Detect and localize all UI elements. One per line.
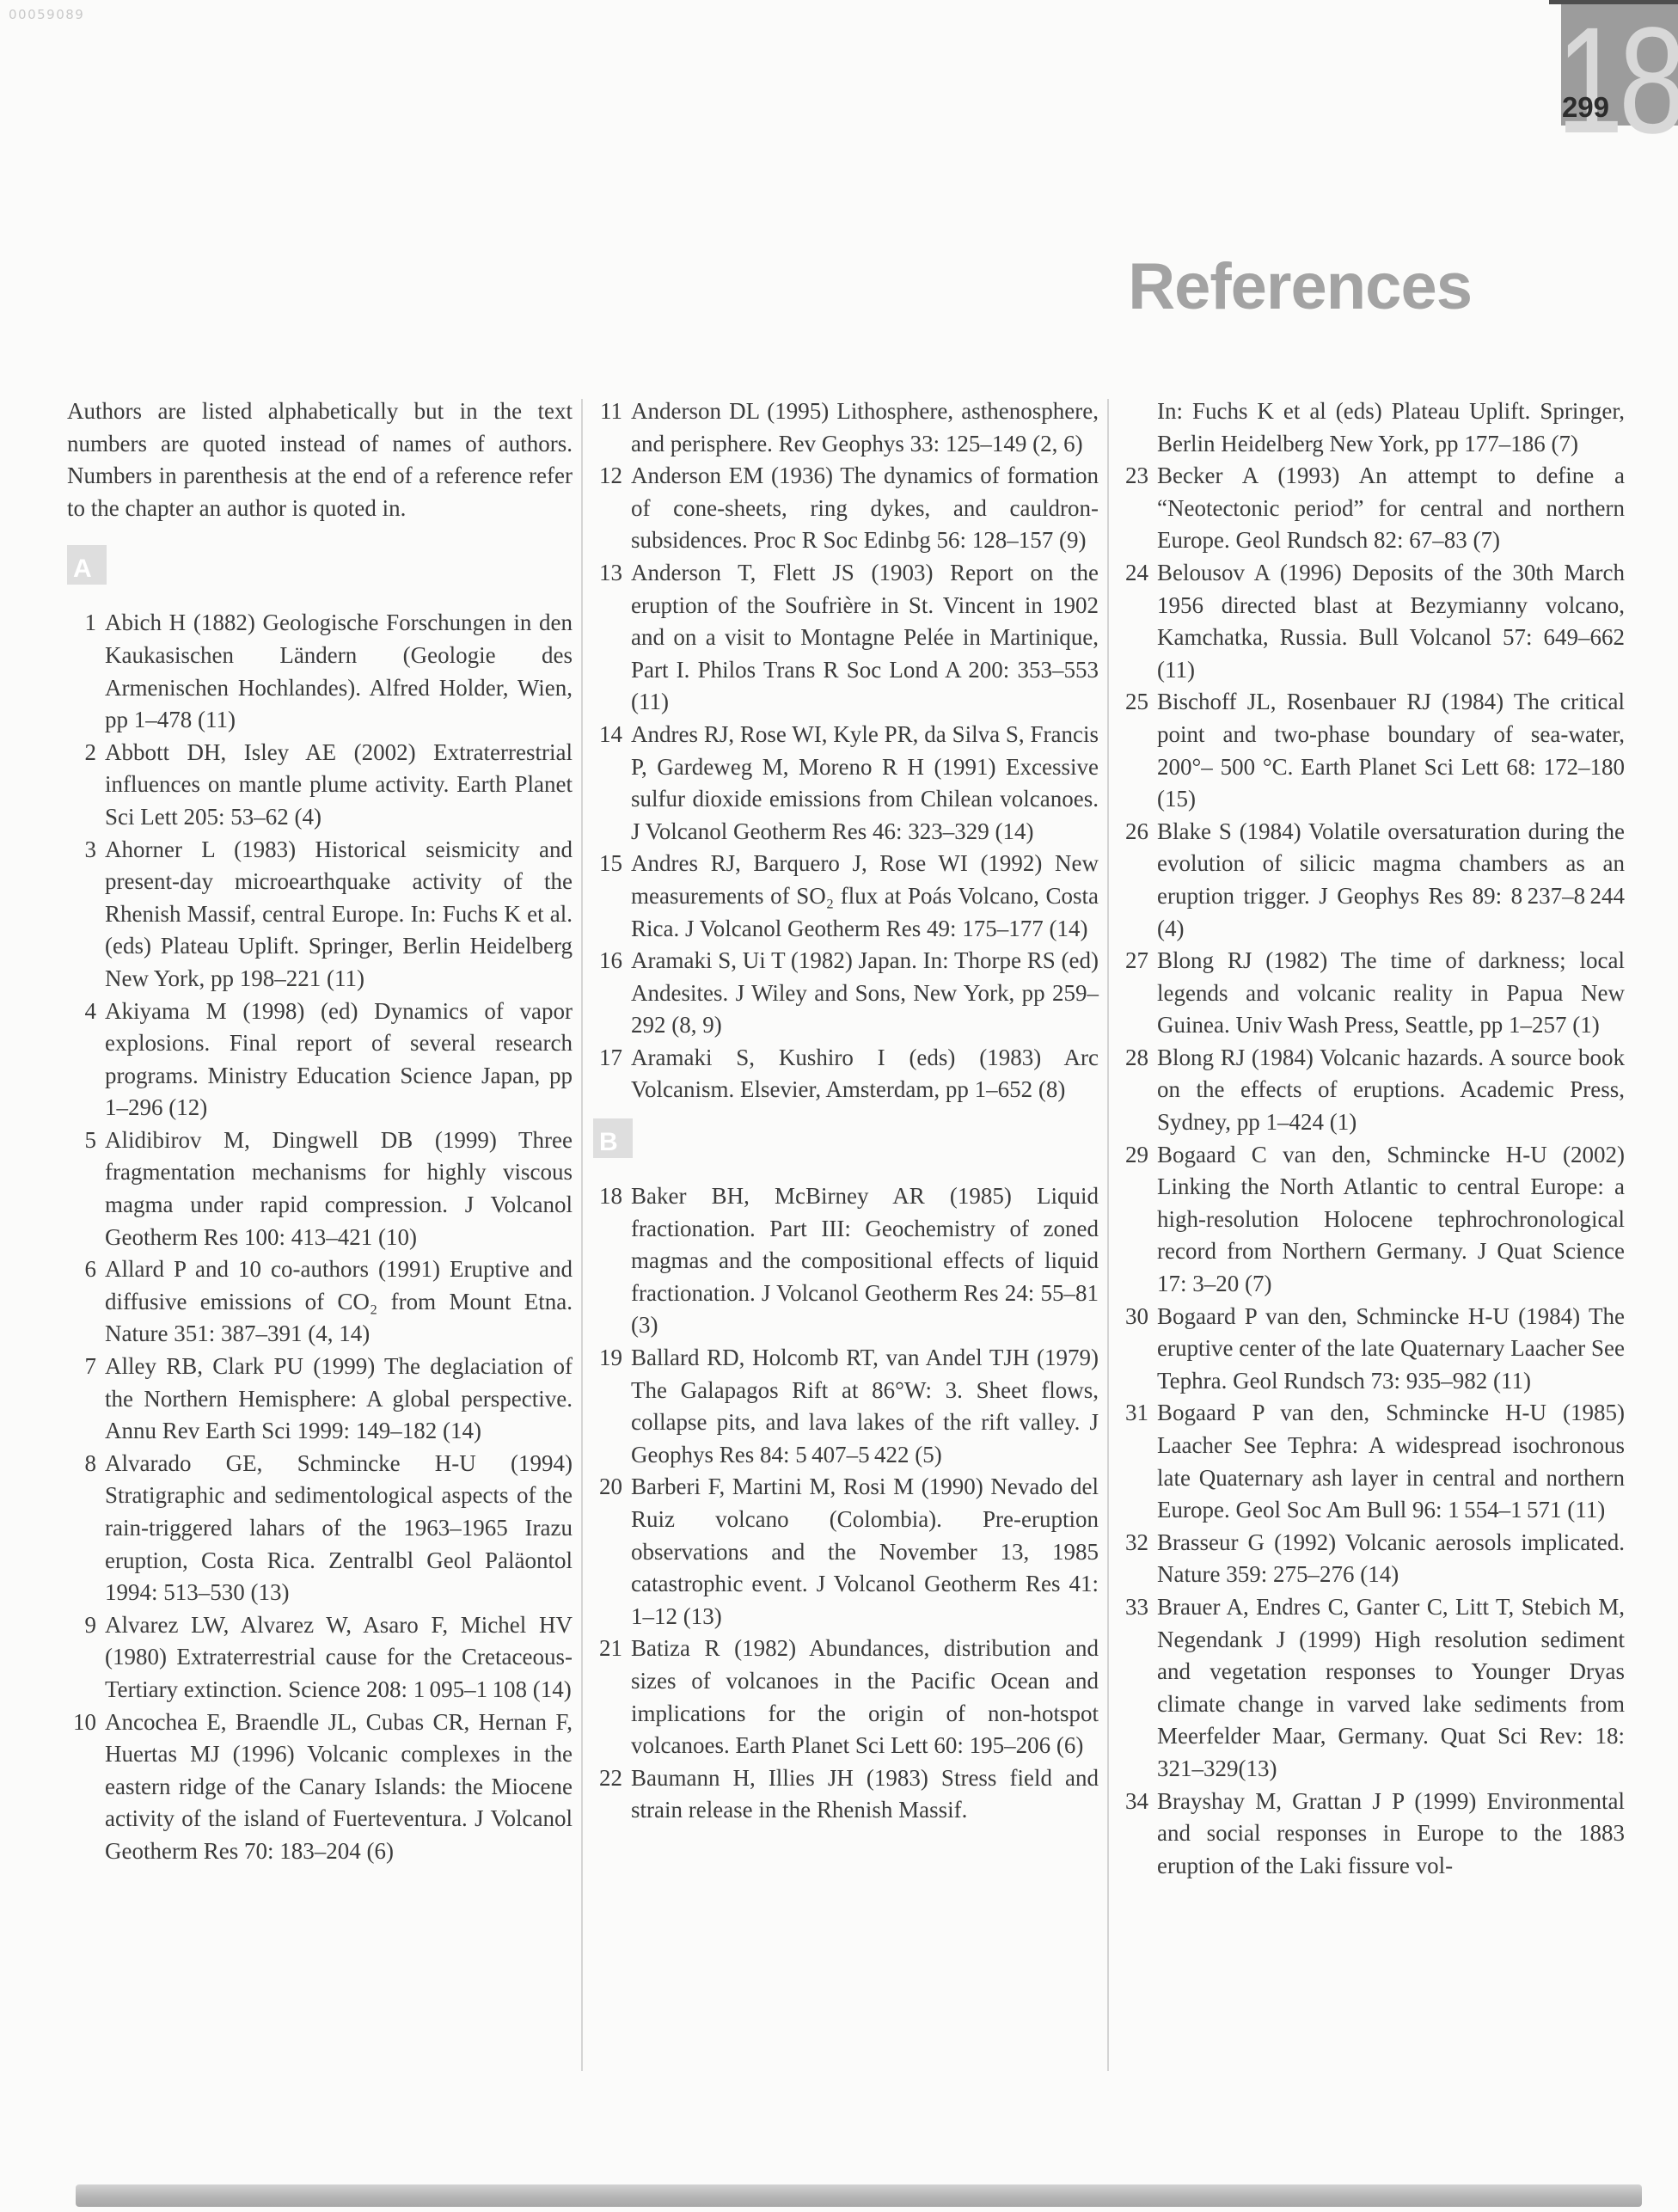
reference-number: 27 xyxy=(1119,945,1157,1042)
section-heading-a: A xyxy=(67,545,107,585)
reference-item: 32 Brasseur G (1992) Volcanic aerosols i… xyxy=(1119,1527,1625,1591)
reference-item: 22 Baumann H, Illies JH (1983) Stress fi… xyxy=(593,1762,1099,1827)
reference-item: 28 Blong RJ (1984) Volcanic hazards. A s… xyxy=(1119,1042,1625,1139)
reference-text: Akiyama M (1998) (ed) Dynamics of vapor … xyxy=(105,996,573,1124)
reference-list-a-continued: 11 Anderson DL (1995) Lithosphere, asthe… xyxy=(593,395,1099,1106)
reference-item: 19 Ballard RD, Holcomb RT, van Andel TJH… xyxy=(593,1342,1099,1471)
reference-list-a: 1 Abich H (1882) Geologische Forschungen… xyxy=(67,607,573,1867)
reference-text: Brayshay M, Grattan J P (1999) Environme… xyxy=(1157,1786,1625,1883)
reference-item: 3 Ahorner L (1983) Historical seismicity… xyxy=(67,834,573,996)
reference-item: 31 Bogaard P van den, Schmincke H-U (198… xyxy=(1119,1397,1625,1526)
reference-number: 3 xyxy=(67,834,105,996)
reference-number: 31 xyxy=(1119,1397,1157,1526)
reference-number: 13 xyxy=(593,557,631,719)
reference-text: Becker A (1993) An attempt to define a “… xyxy=(1157,460,1625,557)
section-heading-b: B xyxy=(593,1118,633,1158)
column-3: In: Fuchs K et al (eds) Plateau Uplift. … xyxy=(1119,395,1625,1882)
reference-number: 2 xyxy=(67,737,105,834)
reference-item: 29 Bogaard C van den, Schmincke H-U (200… xyxy=(1119,1139,1625,1301)
reference-number: 24 xyxy=(1119,557,1157,686)
reference-number: 9 xyxy=(67,1609,105,1706)
scan-number: 00059089 xyxy=(9,7,84,22)
intro-paragraph: Authors are listed alphabetically but in… xyxy=(67,395,573,524)
reference-item: 11 Anderson DL (1995) Lithosphere, asthe… xyxy=(593,395,1099,460)
reference-number: 25 xyxy=(1119,686,1157,815)
reference-item: 25 Bischoff JL, Rosenbauer RJ (1984) The… xyxy=(1119,686,1625,815)
reference-number: 7 xyxy=(67,1351,105,1448)
reference-item: 26 Blake S (1984) Volatile oversaturatio… xyxy=(1119,816,1625,945)
reference-number: 16 xyxy=(593,945,631,1042)
reference-text: Anderson DL (1995) Lithosphere, asthenos… xyxy=(631,395,1099,460)
reference-number: 1 xyxy=(67,607,105,736)
reference-number: 10 xyxy=(67,1706,105,1868)
reference-number: 20 xyxy=(593,1471,631,1633)
reference-text: Baumann H, Illies JH (1983) Stress field… xyxy=(631,1762,1099,1827)
reference-list-b-continued: In: Fuchs K et al (eds) Plateau Uplift. … xyxy=(1119,395,1625,1882)
column-2: 11 Anderson DL (1995) Lithosphere, asthe… xyxy=(593,395,1099,1882)
reference-item: 15 Andres RJ, Barquero J, Rose WI (1992)… xyxy=(593,848,1099,945)
reference-item: 9 Alvarez LW, Alvarez W, Asaro F, Michel… xyxy=(67,1609,573,1706)
reference-text: Abich H (1882) Geologische Forschungen i… xyxy=(105,607,573,736)
page-title: References xyxy=(1128,249,1472,324)
bottom-scan-artifact xyxy=(76,2184,1642,2207)
column-1: Authors are listed alphabetically but in… xyxy=(67,395,573,1882)
reference-item: 13 Anderson T, Flett JS (1903) Report on… xyxy=(593,557,1099,719)
reference-number: 33 xyxy=(1119,1591,1157,1786)
reference-item: 16 Aramaki S, Ui T (1982) Japan. In: Tho… xyxy=(593,945,1099,1042)
reference-item: 30 Bogaard P van den, Schmincke H-U (198… xyxy=(1119,1301,1625,1398)
reference-text: Anderson EM (1936) The dynamics of forma… xyxy=(631,460,1099,557)
reference-number xyxy=(1119,395,1157,460)
reference-item: 4 Akiyama M (1998) (ed) Dynamics of vapo… xyxy=(67,996,573,1124)
reference-number: 11 xyxy=(593,395,631,460)
reference-number: 6 xyxy=(67,1253,105,1351)
reference-item: 34 Brayshay M, Grattan J P (1999) Enviro… xyxy=(1119,1786,1625,1883)
reference-text: Alidibirov M, Dingwell DB (1999) Three f… xyxy=(105,1124,573,1253)
reference-number: 22 xyxy=(593,1762,631,1827)
reference-item: 23 Becker A (1993) An attempt to define … xyxy=(1119,460,1625,557)
reference-number: 19 xyxy=(593,1342,631,1471)
reference-text: Bogaard P van den, Schmincke H-U (1984) … xyxy=(1157,1301,1625,1398)
reference-item: 20 Barberi F, Martini M, Rosi M (1990) N… xyxy=(593,1471,1099,1633)
reference-item: 7 Alley RB, Clark PU (1999) The deglacia… xyxy=(67,1351,573,1448)
reference-text: Andres RJ, Barquero J, Rose WI (1992) Ne… xyxy=(631,848,1099,945)
reference-item: 12 Anderson EM (1936) The dynamics of fo… xyxy=(593,460,1099,557)
reference-item: 5 Alidibirov M, Dingwell DB (1999) Three… xyxy=(67,1124,573,1253)
reference-text: Ballard RD, Holcomb RT, van Andel TJH (1… xyxy=(631,1342,1099,1471)
reference-text: Anderson T, Flett JS (1903) Report on th… xyxy=(631,557,1099,719)
reference-number: 34 xyxy=(1119,1786,1157,1883)
reference-item: 6 Allard P and 10 co-authors (1991) Erup… xyxy=(67,1253,573,1351)
reference-number: 14 xyxy=(593,719,631,848)
reference-item: 18 Baker BH, McBirney AR (1985) Liquid f… xyxy=(593,1180,1099,1342)
reference-item: In: Fuchs K et al (eds) Plateau Uplift. … xyxy=(1119,395,1625,460)
reference-number: 23 xyxy=(1119,460,1157,557)
reference-item: 17 Aramaki S, Kushiro I (eds) (1983) Arc… xyxy=(593,1042,1099,1106)
reference-text: Ahorner L (1983) Historical seismicity a… xyxy=(105,834,573,996)
reference-text: Aramaki S, Kushiro I (eds) (1983) Arc Vo… xyxy=(631,1042,1099,1106)
reference-number: 5 xyxy=(67,1124,105,1253)
reference-text: Bogaard C van den, Schmincke H-U (2002) … xyxy=(1157,1139,1625,1301)
reference-item: 27 Blong RJ (1982) The time of darkness;… xyxy=(1119,945,1625,1042)
reference-number: 30 xyxy=(1119,1301,1157,1398)
reference-text: Alvarez LW, Alvarez W, Asaro F, Michel H… xyxy=(105,1609,573,1706)
reference-item: 1 Abich H (1882) Geologische Forschungen… xyxy=(67,607,573,736)
reference-item: 2 Abbott DH, Isley AE (2002) Extraterres… xyxy=(67,737,573,834)
reference-number: 4 xyxy=(67,996,105,1124)
reference-number: 12 xyxy=(593,460,631,557)
book-page: 00059089 18 299 References Authors are l… xyxy=(0,0,1678,2212)
reference-text: Blong RJ (1984) Volcanic hazards. A sour… xyxy=(1157,1042,1625,1139)
reference-text: In: Fuchs K et al (eds) Plateau Uplift. … xyxy=(1157,395,1625,460)
reference-text: Allard P and 10 co-authors (1991) Erupti… xyxy=(105,1253,573,1351)
reference-item: 14 Andres RJ, Rose WI, Kyle PR, da Silva… xyxy=(593,719,1099,848)
reference-item: 10 Ancochea E, Braendle JL, Cubas CR, He… xyxy=(67,1706,573,1868)
reference-text: Baker BH, McBirney AR (1985) Liquid frac… xyxy=(631,1180,1099,1342)
reference-text: Brauer A, Endres C, Ganter C, Litt T, St… xyxy=(1157,1591,1625,1786)
reference-columns: Authors are listed alphabetically but in… xyxy=(67,395,1625,1882)
reference-item: 24 Belousov A (1996) Deposits of the 30t… xyxy=(1119,557,1625,686)
reference-number: 18 xyxy=(593,1180,631,1342)
reference-text: Alley RB, Clark PU (1999) The deglaciati… xyxy=(105,1351,573,1448)
reference-number: 17 xyxy=(593,1042,631,1106)
reference-number: 32 xyxy=(1119,1527,1157,1591)
reference-number: 21 xyxy=(593,1633,631,1762)
reference-text: Brasseur G (1992) Volcanic aerosols impl… xyxy=(1157,1527,1625,1591)
reference-text: Ancochea E, Braendle JL, Cubas CR, Herna… xyxy=(105,1706,573,1868)
reference-text: Belousov A (1996) Deposits of the 30th M… xyxy=(1157,557,1625,686)
reference-item: 21 Batiza R (1982) Abundances, distribut… xyxy=(593,1633,1099,1762)
reference-text: Batiza R (1982) Abundances, distribution… xyxy=(631,1633,1099,1762)
reference-text: Barberi F, Martini M, Rosi M (1990) Neva… xyxy=(631,1471,1099,1633)
reference-list-b: 18 Baker BH, McBirney AR (1985) Liquid f… xyxy=(593,1180,1099,1827)
chapter-number: 18 xyxy=(1557,5,1678,156)
reference-number: 28 xyxy=(1119,1042,1157,1139)
reference-text: Abbott DH, Isley AE (2002) Extraterrestr… xyxy=(105,737,573,834)
reference-item: 8 Alvarado GE, Schmincke H-U (1994) Stra… xyxy=(67,1448,573,1609)
reference-text: Aramaki S, Ui T (1982) Japan. In: Thorpe… xyxy=(631,945,1099,1042)
reference-text: Blake S (1984) Volatile oversaturation d… xyxy=(1157,816,1625,945)
reference-text: Blong RJ (1982) The time of darkness; lo… xyxy=(1157,945,1625,1042)
reference-number: 29 xyxy=(1119,1139,1157,1301)
reference-item: 33 Brauer A, Endres C, Ganter C, Litt T,… xyxy=(1119,1591,1625,1786)
reference-text: Bogaard P van den, Schmincke H-U (1985) … xyxy=(1157,1397,1625,1526)
reference-text: Alvarado GE, Schmincke H-U (1994) Strati… xyxy=(105,1448,573,1609)
reference-text: Bischoff JL, Rosenbauer RJ (1984) The cr… xyxy=(1157,686,1625,815)
reference-number: 15 xyxy=(593,848,631,945)
reference-number: 8 xyxy=(67,1448,105,1609)
reference-number: 26 xyxy=(1119,816,1157,945)
page-number: 299 xyxy=(1562,91,1609,124)
reference-text: Andres RJ, Rose WI, Kyle PR, da Silva S,… xyxy=(631,719,1099,848)
